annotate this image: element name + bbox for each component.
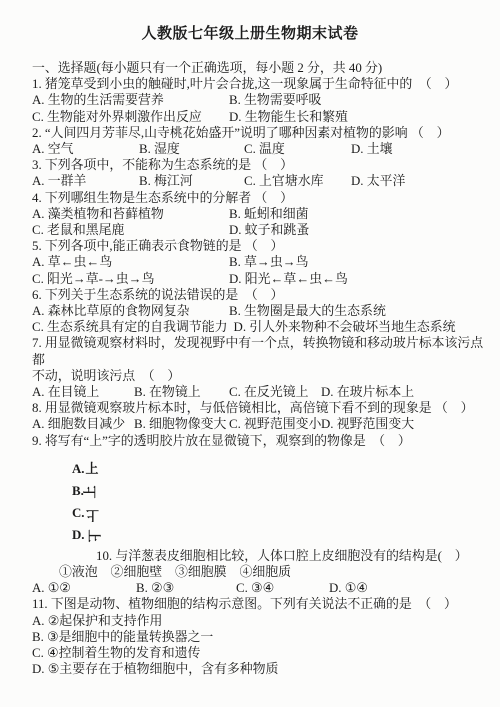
question-6-options-row-1: A. 森林比草原的食物网复杂 B. 生物圈是最大的生态系统 (32, 303, 490, 319)
exam-body: 一、选择题(每小题只有一个正确选项，每小题 2 分，共 40 分) 1. 猪笼草… (0, 43, 500, 678)
question-4-option-a: A. 藻类植物和苔藓植物 (32, 206, 229, 222)
question-11-stem: 11. 下图是动物、植物细胞的结构示意图。下列有关说法不正确的是 （ ） (32, 596, 490, 612)
question-6-stem: 6. 下列关于生态系统的说法错误的是 （ ） (32, 287, 490, 303)
question-6-option-d: D. 引人外来物种不会破坏当地生态系统 (234, 319, 456, 335)
question-3-stem: 3. 下列各项中，不能称为生态系统的是 （ ） (32, 157, 490, 173)
question-7-option-b: B. 在物镜上 (134, 384, 229, 400)
question-9-option-d-label: D. (72, 527, 85, 543)
question-10-options-row: A. ①② B. ②③ C. ③④ D. ①④ (32, 580, 490, 596)
question-8-stem: 8. 用显微镜观察玻片标本时，与低倍镜相比，高倍镜下看不到的现象是 （ ） (32, 400, 490, 416)
question-5-options-row-1: A. 草←虫←鸟 B. 草→虫→鸟 (32, 254, 490, 270)
page-title: 人教版七年级上册生物期末试卷 (0, 0, 500, 43)
question-11-option-a: A. ②起保护和支持作用 (32, 613, 490, 629)
question-1-option-a: A. 生物的生活需要营养 (32, 92, 229, 108)
question-9-option-a: A. 上 (72, 458, 490, 480)
question-4-option-b: B. 蚯蚓和细菌 (229, 206, 309, 222)
question-9-option-c-rotated-glyph: 上 (86, 506, 99, 522)
question-8-option-b: B. 细胞物像变大 (134, 416, 229, 432)
question-5-option-c: C. 阳光→草-→虫→鸟 (32, 271, 229, 287)
question-5-stem: 5. 下列各项中,能正确表示食物链的是 （ ） (32, 238, 490, 254)
question-2-option-b: B. 湿度 (139, 141, 244, 157)
question-7-options-row: A. 在目镜上 B. 在物镜上 C. 在反光镜上 D. 在玻片标本上 (32, 384, 490, 400)
question-6-options-row-2: C. 生态系统具有定的自我调节能力 D. 引人外来物种不会破坏当地生态系统 (32, 319, 490, 335)
question-9-option-d-rotated-glyph: 上 (85, 529, 101, 542)
question-5-option-a: A. 草←虫←鸟 (32, 254, 229, 270)
question-10-option-c: C. ③④ (236, 580, 329, 596)
question-7-stem: 7. 用显微镜观察材料时，发现视野中有一个点，转换物镜和移动玻片标本该污点都 不… (32, 335, 490, 384)
question-2-options-row: A. 空气 B. 湿度 C. 温度 D. 土壤 (32, 141, 490, 157)
question-7-option-d: D. 在玻片标本上 (321, 384, 414, 400)
question-1-option-b: B. 生物需要呼吸 (229, 92, 321, 108)
question-11-option-c: C. ④控制着生物的发育和遗传 (32, 645, 490, 661)
question-7-option-c: C. 在反光镜上 (229, 384, 321, 400)
question-1-stem: 1. 猪笼草受到小虫的触碰时,叶片会合拢,这一现象属于生命特征中的 （ ） (32, 76, 490, 92)
question-3-option-c: C. 上官塘水库 (244, 173, 351, 189)
question-9-option-b-rotated-glyph: 上 (82, 485, 98, 498)
question-2-option-a: A. 空气 (32, 141, 139, 157)
question-4-option-d: D. 蚊子和跳蚤 (229, 222, 309, 238)
question-8-option-a: A. 细胞数目减少 (32, 416, 134, 432)
question-8-option-d: D. 视野范围变大 (321, 416, 414, 432)
question-1-option-d: D. 生物能生长和繁殖 (229, 109, 348, 125)
question-1-option-c: C. 生物能对外界刺激作出反应 (32, 109, 229, 125)
question-5-option-b: B. 草→虫→鸟 (229, 254, 309, 270)
question-6-option-c: C. 生态系统具有定的自我调节能力 (32, 319, 234, 335)
question-9-option-b: B. 上 (72, 480, 490, 502)
question-9-option-c-label: C. (72, 505, 85, 521)
question-3-option-a: A. 一群羊 (32, 173, 139, 189)
question-9-option-a-rotated-glyph: 上 (86, 461, 99, 477)
question-10-stem: 10. 与洋葱表皮细胞相比较，人体口腔上皮细胞没有的结构是( ） (32, 548, 490, 564)
question-9-option-a-label: A. (72, 461, 85, 477)
question-5-options-row-2: C. 阳光→草-→虫→鸟 D. 阳光←草←虫←鸟 (32, 271, 490, 287)
question-3-option-d: D. 太平洋 (351, 173, 405, 189)
question-9-options: A. 上 B. 上 C. 上 D. 上 (72, 458, 490, 546)
question-2-option-d: D. 土壤 (351, 141, 393, 157)
exam-paper-page: 人教版七年级上册生物期末试卷 一、选择题(每小题只有一个正确选项，每小题 2 分… (0, 0, 500, 707)
question-9-stem: 9. 将写有“上”字的透明胶片放在显微镜下，观察到的物像是 （ ） (32, 433, 490, 449)
question-4-options-row-1: A. 藻类植物和苔藓植物 B. 蚯蚓和细菌 (32, 206, 490, 222)
question-2-option-c: C. 温度 (244, 141, 351, 157)
question-6-option-a: A. 森林比草原的食物网复杂 (32, 303, 229, 319)
question-8-option-c: C. 视野范围变小 (229, 416, 321, 432)
question-8-options-row: A. 细胞数目减少 B. 细胞物像变大 C. 视野范围变小 D. 视野范围变大 (32, 416, 490, 432)
question-2-stem: 2. “人间四月芳菲尽,山寺桃花始盛开”说明了哪种因素对植物的影响 （ ） (32, 125, 490, 141)
question-11-option-d: D. ⑤主要存在于植物细胞中，含有多种物质 (32, 661, 490, 677)
question-6-option-b: B. 生物圈是最大的生态系统 (229, 303, 386, 319)
question-1-options-row-2: C. 生物能对外界刺激作出反应 D. 生物能生长和繁殖 (32, 109, 490, 125)
question-10-option-d: D. ①④ (329, 580, 368, 596)
question-9-option-d: D. 上 (72, 524, 490, 546)
question-3-option-b: B. 梅江河 (139, 173, 244, 189)
question-10-option-b: B. ②③ (136, 580, 236, 596)
section-header: 一、选择题(每小题只有一个正确选项，每小题 2 分，共 40 分) (32, 60, 490, 76)
question-4-options-row-2: C. 老鼠和黑尾鹿 D. 蚊子和跳蚤 (32, 222, 490, 238)
question-4-option-c: C. 老鼠和黑尾鹿 (32, 222, 229, 238)
question-1-options-row-1: A. 生物的生活需要营养 B. 生物需要呼吸 (32, 92, 490, 108)
question-10-option-a: A. ①② (32, 580, 136, 596)
question-7-option-a: A. 在目镜上 (32, 384, 134, 400)
question-5-option-d: D. 阳光←草←虫←鸟 (229, 271, 348, 287)
question-10-numbered-items: ①液泡 ②细胞壁 ③细胞膜 ④细胞质 (32, 564, 490, 580)
question-3-options-row: A. 一群羊 B. 梅江河 C. 上官塘水库 D. 太平洋 (32, 173, 490, 189)
question-9-option-c: C. 上 (72, 502, 490, 524)
question-11-option-b: B. ③是细胞中的能量转换器之一 (32, 629, 490, 645)
question-4-stem: 4. 下列哪组生物是生态系统中的分解者 （ ） (32, 190, 490, 206)
